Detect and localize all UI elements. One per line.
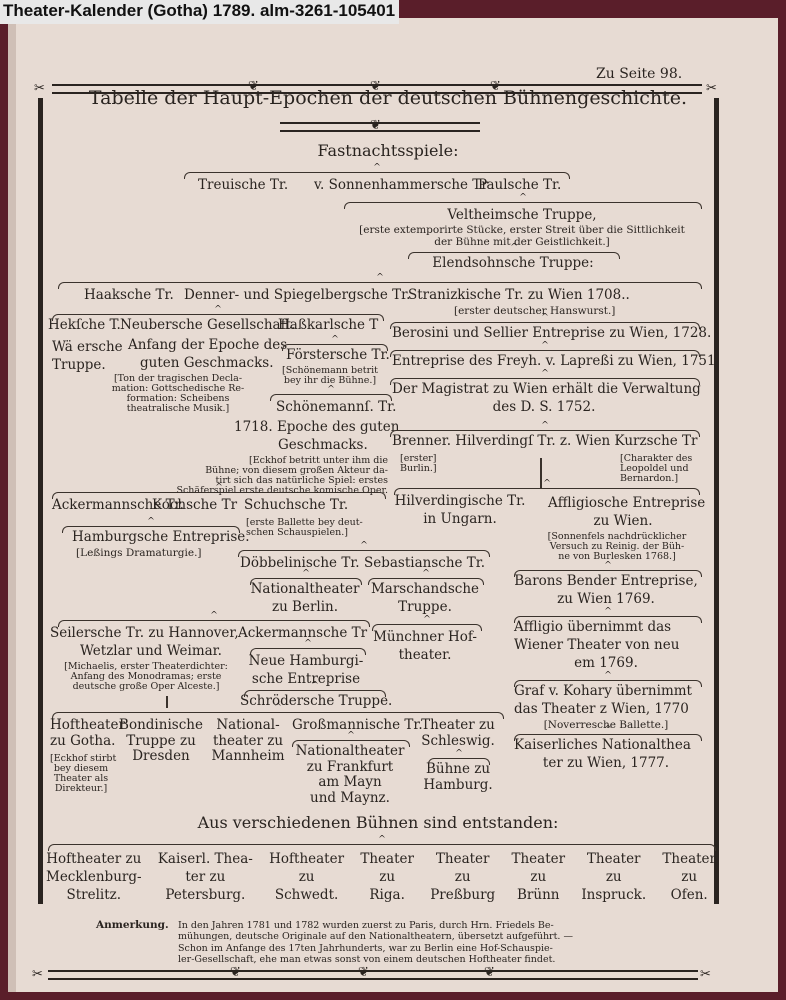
- line: Hoftheater zu: [46, 850, 142, 868]
- line: Petersburg.: [158, 886, 253, 904]
- entry-seiler-1: Seilersche Tr. zu Hannover,: [50, 626, 239, 642]
- entry-grossmann: Großmannische Tr.: [292, 718, 423, 734]
- entry-hasskarl: Haßkarlsche T: [278, 318, 378, 334]
- footnote-line: Schon im Anfange des 17ten Jahrhunderts,…: [178, 943, 573, 954]
- note-label: Anmerkung.: [96, 920, 169, 932]
- line: Dresden: [118, 749, 204, 765]
- footnote: In den Jahren 1781 und 1782 wurden zuers…: [178, 920, 573, 966]
- ornament-icon: ❦: [358, 966, 369, 979]
- entry-mannheim: National- theater zu Mannheim: [208, 718, 288, 765]
- entry-lapressi: Entreprise des Freyh. v. Lapreßi zu Wien…: [392, 354, 716, 370]
- entry-hamburg: Hamburgsche Entreprise.: [72, 530, 250, 546]
- note-schuch: [erste Ballette bey deut- schen Schauspi…: [246, 518, 363, 538]
- entry-kaiserlich-2: ter zu Wien, 1777.: [508, 756, 704, 772]
- city-ofen: TheaterzuOfen.: [662, 850, 716, 905]
- entry-hek: Hekſche T.: [48, 318, 121, 334]
- entry-affligio2-1: Affligio übernimmt das: [514, 620, 671, 636]
- cities-row: Hoftheater zuMecklenburg-Strelitz. Kaise…: [46, 850, 716, 905]
- entry-epoch-2: guten Geschmacks.: [140, 356, 274, 372]
- entry-paul: Paulsche Tr.: [478, 178, 561, 194]
- section-heading-verschiedene: Aus verschiedenen Bühnen sind entstanden…: [38, 814, 718, 832]
- note-line: Direkteur.]: [50, 784, 112, 794]
- line: Preßburg: [430, 886, 495, 904]
- entry-koch: Kochsche Tr: [152, 498, 237, 514]
- table-title: Tabelle der Haupt-Epochen der deutschen …: [68, 88, 708, 110]
- entry-muenchen-2: theater.: [364, 648, 486, 664]
- ornament-icon: ✂: [34, 82, 45, 95]
- entry-hamburg-buehne: Bühne zu Hamburg.: [416, 762, 500, 793]
- note-lessing: [Leßings Dramaturgie.]: [76, 548, 202, 560]
- ornament-icon: ❦: [370, 119, 381, 132]
- entry-berosini: Berosini und Sellier Entreprise zu Wien,…: [392, 326, 711, 342]
- entry-hilverding-1: Hilverdingische Tr.: [390, 494, 530, 510]
- entry-affligio2-2: Wiener Theater von neu: [514, 638, 679, 654]
- connector: [540, 458, 542, 488]
- page-reference: Zu Seite 98.: [596, 66, 682, 82]
- ornament-icon: ✂: [700, 968, 711, 981]
- ornament-icon: ❦: [230, 966, 241, 979]
- entry-gotha: Hoftheater zu Gotha.: [50, 718, 125, 749]
- entry-foerster: Förstersche Tr.: [286, 348, 390, 364]
- note-veltheim-2: der Bühne mit der Geistlichkeit.]: [344, 237, 700, 249]
- line: Schwedt.: [269, 886, 344, 904]
- book-page: Zu Seite 98. ✂ ❦ ❦ ❦ ✂ Tabelle der Haupt…: [8, 18, 778, 992]
- entry-wa-2: Truppe.: [52, 358, 106, 374]
- line: Inspruck.: [581, 886, 646, 904]
- entry-seiler-2: Wetzlar und Weimar.: [80, 644, 222, 660]
- entry-bondini: Bondinische Truppe zu Dresden: [118, 718, 204, 765]
- note-line: theatralische Musik.]: [108, 404, 248, 414]
- ornament-icon: ❦: [484, 966, 495, 979]
- line: theater zu: [208, 734, 288, 750]
- line: Riga.: [360, 886, 414, 904]
- line: ter zu: [158, 868, 253, 886]
- line: Truppe zu: [118, 734, 204, 750]
- note-stranizky: [erster deutscher Hanswurst.]: [454, 306, 615, 318]
- city-riga: TheaterzuRiga.: [360, 850, 414, 905]
- footnote-line: ler-Gesellschaft, ehe man etwas sonst vo…: [178, 954, 573, 965]
- entry-schuch: Schuchsche Tr.: [244, 498, 348, 514]
- note-line: schen Schauspielen.]: [246, 528, 363, 538]
- city-mecklenburg: Hoftheater zuMecklenburg-Strelitz.: [46, 850, 142, 905]
- entry-frankfurt: Nationaltheater zu Frankfurt am Mayn und…: [288, 744, 412, 806]
- entry-affligio2-3: em 1769.: [508, 656, 704, 672]
- entry-magistrat-1: Der Magistrat zu Wien erhält die Verwalt…: [392, 382, 701, 398]
- line: Strelitz.: [46, 886, 142, 904]
- entry-schleswig: Theater zu Schleswig.: [416, 718, 500, 749]
- entry-sonnenhammer: v. Sonnenhammersche Tr: [314, 178, 488, 194]
- line: zu Frankfurt: [288, 760, 412, 776]
- line: Theater: [430, 850, 495, 868]
- city-bruenn: TheaterzuBrünn: [511, 850, 565, 905]
- line: Schleswig.: [416, 734, 500, 750]
- footnote-line: mühungen, deutsche Originale auf den Nat…: [178, 931, 573, 942]
- note-brenner: [erster] Burlin.]: [400, 454, 437, 474]
- entry-kaiserlich-1: Kaiserliches Nationalthea: [514, 738, 691, 754]
- note-eckhof: [Eckhof betritt unter ihm die Bühne; von…: [158, 456, 388, 496]
- line: zu Gotha.: [50, 734, 125, 750]
- entry-nat-berlin-1: Nationaltheater: [244, 582, 366, 598]
- line: am Mayn: [288, 775, 412, 791]
- entry-wa-1: Wä ersche: [52, 340, 123, 356]
- line: National-: [208, 718, 288, 734]
- line: Theater: [662, 850, 716, 868]
- entry-affligio-1: Affligiosche Entreprise: [548, 496, 698, 512]
- entry-neue-hamburg-1: Neue Hamburgi-: [244, 654, 368, 670]
- line: zu: [269, 868, 344, 886]
- line: Hoftheater: [269, 850, 344, 868]
- footnote-line: In den Jahren 1781 und 1782 wurden zuers…: [178, 920, 573, 931]
- entry-bender-2: zu Wien 1769.: [508, 592, 704, 608]
- entry-schoenemann: Schönemannſ. Tr.: [276, 400, 396, 416]
- entry-brenner: Brenner. Hilverdingſ Tr. z. Wien Kurzsch…: [392, 434, 698, 450]
- entry-elendsohn: Elendsohnsche Truppe:: [408, 256, 618, 272]
- note-line: Bernardon.]: [620, 474, 692, 484]
- entry-ackermann-2: Ackermannsche Tr: [238, 626, 367, 642]
- entry-schoenemann-1: 1718. Epoche des guten: [234, 420, 399, 436]
- line: zu: [581, 868, 646, 886]
- entry-epoch-1: Anfang der Epoche des: [128, 338, 287, 354]
- image-caption: Theater-Kalender (Gotha) 1789. alm-3261-…: [0, 0, 399, 24]
- entry-affligio-2: zu Wien.: [548, 514, 698, 530]
- line: Theater: [360, 850, 414, 868]
- entry-bender-1: Barons Bender Entreprise,: [508, 574, 704, 590]
- line: Brünn: [511, 886, 565, 904]
- note-veltheim-1: [erste extemporirte Stücke, erster Strei…: [344, 225, 700, 237]
- note-line: deutsche große Oper Alceste.]: [48, 682, 244, 692]
- line: und Maynz.: [288, 791, 412, 807]
- connector: [166, 696, 168, 708]
- line: Kaiserl. Thea-: [158, 850, 253, 868]
- entry-nat-berlin-2: zu Berlin.: [244, 600, 366, 616]
- ornament-icon: ✂: [32, 968, 43, 981]
- city-pressburg: TheaterzuPreßburg: [430, 850, 495, 905]
- entry-stranizky: Stranizkische Tr. zu Wien 1708..: [408, 288, 630, 304]
- entry-doebbelin: Döbbelinische Tr.: [240, 556, 360, 572]
- line: zu: [511, 868, 565, 886]
- right-border: [714, 98, 719, 904]
- line: Hamburg.: [416, 778, 500, 794]
- note-kurz: [Charakter des Leopoldel und Bernardon.]: [620, 454, 692, 484]
- line: Theater: [581, 850, 646, 868]
- entry-veltheim: Veltheimsche Truppe,: [344, 208, 700, 224]
- line: Bondinische: [118, 718, 204, 734]
- left-border: [38, 98, 43, 904]
- entry-neuber: Neubersche Gesellschaft.: [120, 318, 295, 334]
- line: Theater zu: [416, 718, 500, 734]
- entry-hilverding-2: in Ungarn.: [390, 512, 530, 528]
- note-line: ne von Burlesken 1768.]: [532, 552, 702, 562]
- line: Nationaltheater: [288, 744, 412, 760]
- entry-kohary-2: das Theater z Wien, 1770: [514, 702, 689, 718]
- entry-kohary-1: Graf v. Kohary übernimmt: [514, 684, 692, 700]
- line: Bühne zu: [416, 762, 500, 778]
- note-gotha: [Eckhof stirbt bey diesem Theater als Di…: [50, 754, 112, 794]
- line: zu: [662, 868, 716, 886]
- city-innsbruck: TheaterzuInspruck.: [581, 850, 646, 905]
- entry-magistrat-2: des D. S. 1752.: [390, 400, 698, 416]
- section-heading-fastnachtsspiele: Fastnachtsspiele:: [68, 142, 708, 160]
- entry-marschand-2: Truppe.: [364, 600, 486, 616]
- entry-neue-hamburg-2: sche Entreprise: [244, 672, 368, 688]
- bottom-rule: [48, 970, 698, 980]
- entry-denner: Denner- und Spiegelbergsche Tr.: [184, 288, 410, 304]
- note-michaelis: [Michaelis, erster Theaterdichter: Anfan…: [48, 662, 244, 692]
- entry-muenchen-1: Münchner Hof-: [364, 630, 486, 646]
- city-schwedt: HoftheaterzuSchwedt.: [269, 850, 344, 905]
- line: zu: [430, 868, 495, 886]
- entry-haak: Haaksche Tr.: [84, 288, 174, 304]
- line: Theater: [511, 850, 565, 868]
- line: Ofen.: [662, 886, 716, 904]
- line: Mecklenburg-: [46, 868, 142, 886]
- entry-marschand-1: Marschandsche: [364, 582, 486, 598]
- line: Mannheim: [208, 749, 288, 765]
- city-petersburg: Kaiserl. Thea-ter zuPetersburg.: [158, 850, 253, 905]
- note-foerster: [Schönemann betrit bey ihr die Bühne.]: [270, 366, 390, 386]
- entry-schroeder: Schrödersche Truppe.: [240, 694, 390, 710]
- note-sonnenfels: [Sonnenfels nachdrücklicher Versuch zu R…: [532, 532, 702, 562]
- note-epoch: [Ton der tragischen Decla- mation: Gotts…: [108, 374, 248, 414]
- entry-treu: Treuische Tr.: [198, 178, 288, 194]
- note-line: Burlin.]: [400, 464, 437, 474]
- entry-schoenemann-2: Geschmacks.: [278, 438, 368, 454]
- line: Hoftheater: [50, 718, 125, 734]
- line: zu: [360, 868, 414, 886]
